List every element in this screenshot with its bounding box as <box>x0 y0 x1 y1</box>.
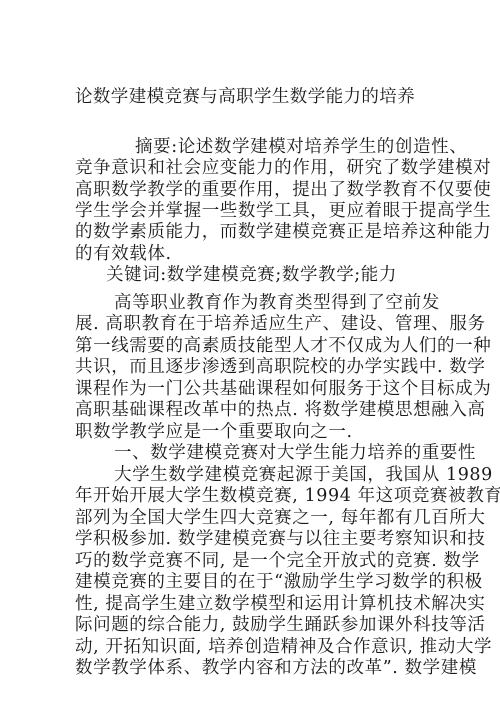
section1-line: 学积极参加. 数学建模竞赛与以往主要考察知识和技 <box>75 529 425 550</box>
intro-line: 共识，而且逐步渗透到高职院校的办学实践中. 数学 <box>75 357 425 378</box>
abstract-line: 高职数学教学的重要作用，提出了数学教育不仅要使 <box>75 180 425 201</box>
document-title: 论数学建模竞赛与高职学生数学能力的培养 <box>75 87 415 108</box>
section1-line: 数学教学体系、教学内容和方法的改革”. 数学建模 <box>75 658 425 679</box>
keywords: 关键词:数学建模竞赛;数学教学;能力 <box>106 265 456 286</box>
section-heading: 一、数学建模竞赛对大学生能力培养的重要性 <box>114 443 464 464</box>
intro-line: 展. 高职教育在于培养适应生产、建设、管理、服务 <box>75 314 425 335</box>
section1-line: 大学生数学建模竞赛起源于美国，我国从 1989 <box>114 465 464 486</box>
section1-line: 建模竞赛的主要目的在于“激励学生学习数学的积极 <box>75 572 425 593</box>
section1-line: 性, 提高学生建立数学模型和运用计算机技术解决实 <box>75 594 425 615</box>
document-page: 论数学建模竞赛与高职学生数学能力的培养 摘要:论述数学建模对培养学生的创造性、 … <box>0 0 500 708</box>
section1-line: 巧的数学竞赛不同, 是一个完全开放式的竞赛. 数学 <box>75 551 425 572</box>
section1-line: 年开始开展大学生数模竞赛, 1994 年这项竞赛被教育 <box>75 486 425 507</box>
abstract-line: 的数学素质能力，而数学建模竞赛正是培养这种能力 <box>75 222 425 243</box>
abstract-line: 的有效载体. <box>75 244 425 265</box>
intro-line: 课程作为一门公共基础课程如何服务于这个目标成为 <box>75 379 425 400</box>
section1-line: 动, 开拓知识面, 培养创造精神及合作意识, 推动大学 <box>75 637 425 658</box>
abstract-line: 竞争意识和社会应变能力的作用，研究了数学建模对 <box>75 158 425 179</box>
intro-line: 高职基础课程改革中的热点. 将数学建模思想融入高 <box>75 400 425 421</box>
abstract-line: 学生学会并掌握一些数学工具，更应着眼于提高学生 <box>75 201 425 222</box>
section1-line: 部列为全国大学生四大竞赛之一, 每年都有几百所大 <box>75 508 425 529</box>
intro-line: 高等职业教育作为教育类型得到了空前发 <box>114 293 464 314</box>
abstract-line: 摘要:论述数学建模对培养学生的创造性、 <box>135 137 485 158</box>
section1-line: 际问题的综合能力, 鼓励学生踊跃参加课外科技等活 <box>75 615 425 636</box>
intro-line: 第一线需要的高素质技能型人才不仅成为人们的一种 <box>75 336 425 357</box>
intro-line: 职数学教学应是一个重要取向之一. <box>75 422 425 443</box>
